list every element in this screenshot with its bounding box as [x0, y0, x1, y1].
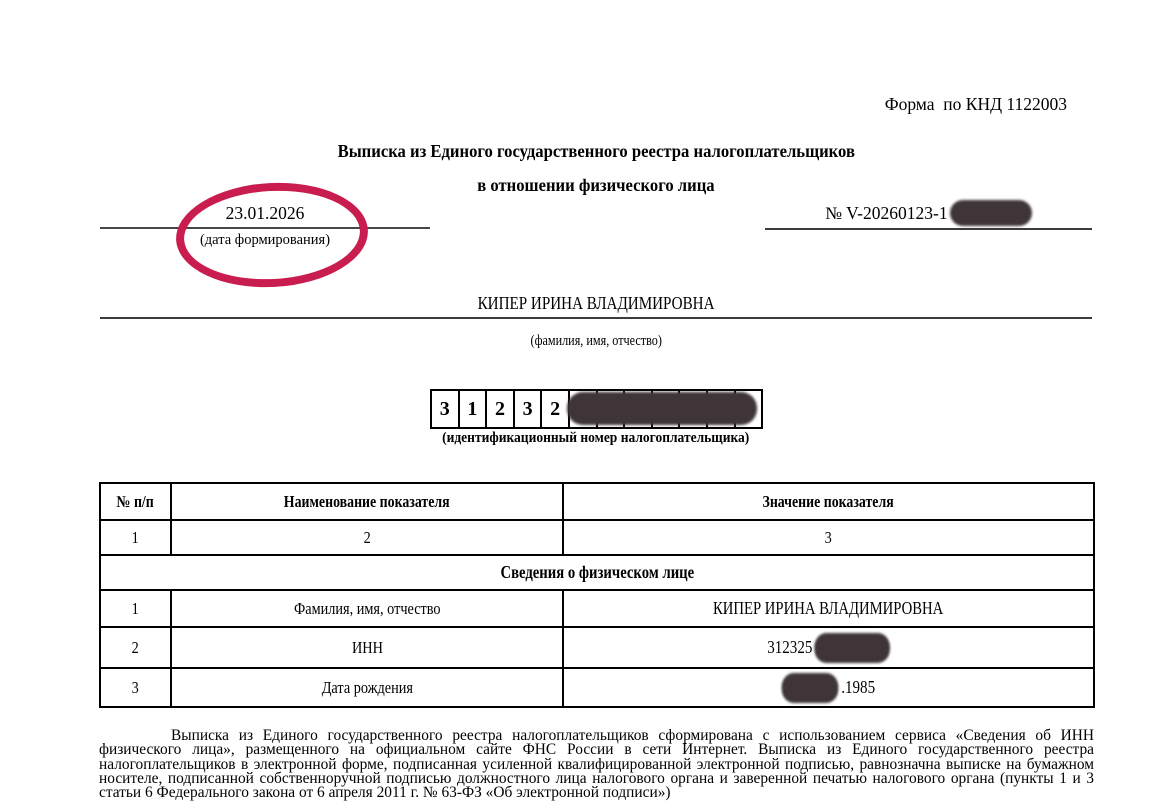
- birthdate-partial-text: .1985: [841, 677, 875, 698]
- column-number-cell: 1: [100, 520, 171, 555]
- column-number-cell: 2: [171, 520, 563, 555]
- indicator-value-cell: .1985: [563, 668, 1094, 707]
- inn-cell: 3: [432, 391, 460, 427]
- header-cell-indicator-value: Значение показателя: [563, 483, 1094, 520]
- taxpayer-name-caption: (фамилия, имя, отчество): [99, 333, 1093, 350]
- indicator-name-cell: Дата рождения: [171, 668, 563, 707]
- inn-cell: 3: [515, 391, 543, 427]
- row-number-cell: 3: [100, 668, 171, 707]
- inn-caption-text: (идентификационный номер налогоплательщи…: [442, 430, 749, 447]
- table-row: 1 Фамилия, имя, отчество КИПЕР ИРИНА ВЛА…: [100, 590, 1094, 627]
- indicator-name-cell: Фамилия, имя, отчество: [171, 590, 563, 627]
- document-title-line1: Выписка из Единого государственного реес…: [99, 141, 1093, 162]
- taxpayer-name: КИПЕР ИРИНА ВЛАДИМИРОВНА: [99, 293, 1093, 314]
- column-numbers-row: 1 2 3: [100, 520, 1094, 555]
- redaction-blob: [950, 200, 1032, 226]
- footer-note: Выписка из Единого государственного реес…: [99, 729, 1094, 800]
- inn-caption: (идентификационный номер налогоплательщи…: [99, 430, 1093, 447]
- section-row: Сведения о физическом лице: [100, 555, 1094, 590]
- column-number-cell: 3: [563, 520, 1094, 555]
- taxpayer-name-underline: [100, 317, 1092, 319]
- table-row: 3 Дата рождения .1985: [100, 668, 1094, 707]
- document-number-text: № V-20260123-1: [825, 203, 947, 224]
- indicators-table: № п/п Наименование показателя Значение п…: [99, 482, 1095, 708]
- table-header-row: № п/п Наименование показателя Значение п…: [100, 483, 1094, 520]
- table-row: 2 ИНН 312325: [100, 627, 1094, 668]
- redaction-blob: [814, 633, 890, 663]
- taxpayer-name-caption-text: (фамилия, имя, отчество): [530, 333, 661, 350]
- document-title-line1-text: Выписка из Единого государственного реес…: [337, 141, 854, 162]
- document-number: № V-20260123-1: [765, 200, 1092, 226]
- indicator-value-cell: КИПЕР ИРИНА ВЛАДИМИРОВНА: [563, 590, 1094, 627]
- document-page: Форма по КНД 1122003 Выписка из Единого …: [0, 0, 1171, 808]
- inn-cell: 2: [487, 391, 515, 427]
- document-title-line2-text: в отношении физического лица: [477, 175, 714, 196]
- inn-cell: 2: [542, 391, 570, 427]
- section-title-cell: Сведения о физическом лице: [100, 555, 1094, 590]
- inn-partial-text: 312325: [767, 637, 812, 658]
- redaction-blob: [782, 673, 839, 703]
- inn-cell: 1: [460, 391, 488, 427]
- indicator-name-cell: ИНН: [171, 627, 563, 668]
- redaction-blob: [567, 392, 757, 425]
- taxpayer-name-text: КИПЕР ИРИНА ВЛАДИМИРОВНА: [478, 293, 715, 314]
- document-number-underline: [765, 228, 1092, 230]
- indicator-value-cell: 312325: [563, 627, 1094, 668]
- form-code: Форма по КНД 1122003: [885, 94, 1067, 115]
- header-cell-num: № п/п: [100, 483, 171, 520]
- row-number-cell: 1: [100, 590, 171, 627]
- header-cell-indicator-name: Наименование показателя: [171, 483, 563, 520]
- row-number-cell: 2: [100, 627, 171, 668]
